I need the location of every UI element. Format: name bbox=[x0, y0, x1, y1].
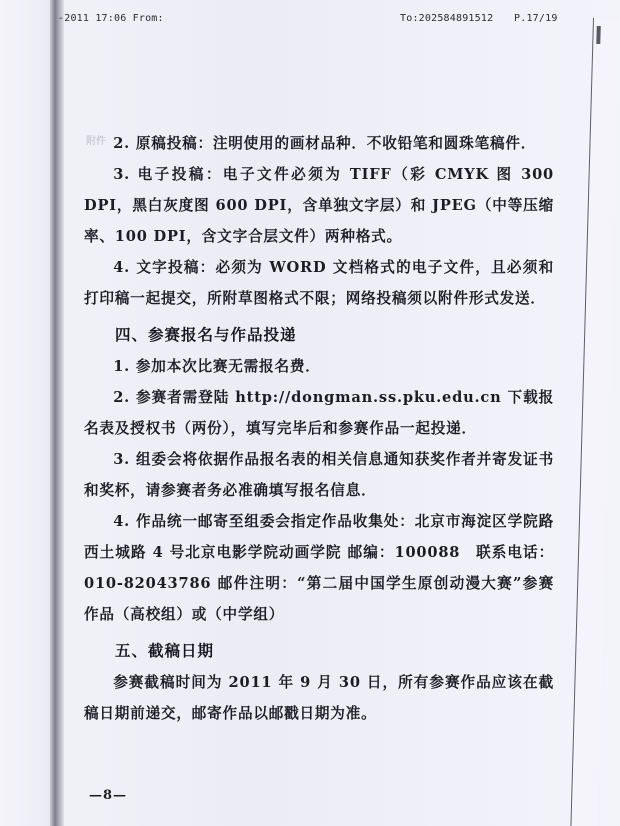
item-registration-fee: 1. 参加本次比赛无需报名费． bbox=[84, 351, 554, 382]
item-mailing-address: 4. 作品统一邮寄至组委会指定作品收集处：北京市海淀区学院路西土城路 4 号北京… bbox=[84, 506, 554, 630]
fax-header: -2011 17:06 From: To:202584891512 P.17/1… bbox=[58, 13, 594, 29]
deadline-text: 参赛截稿时间为 2011 年 9 月 30 日，所有参赛作品应该在截稿日期前递交… bbox=[84, 667, 554, 729]
fax-page-count: P.17/19 bbox=[514, 13, 558, 24]
binding-shadow bbox=[50, 0, 64, 826]
right-page-edge bbox=[570, 18, 620, 826]
section-title-deadline: 五、截稿日期 bbox=[84, 636, 554, 667]
item-electronic-submission: 3. 电子投稿：电子文件必须为 TIFF（彩 CMYK 图 300 DPI，黑白… bbox=[84, 159, 554, 252]
item-original-submission: 2. 原稿投稿：注明使用的画材品种．不收铅笔和圆珠笔稿件． bbox=[84, 128, 554, 159]
item-notification: 3. 组委会将依据作品报名表的相关信息通知获奖作者并寄发证书和奖杯，请参赛者务必… bbox=[84, 444, 554, 506]
fax-from: -2011 17:06 From: bbox=[58, 13, 164, 24]
section-title-registration: 四、参赛报名与作品投递 bbox=[84, 320, 554, 351]
fax-page: -2011 17:06 From: To:202584891512 P.17/1… bbox=[0, 0, 620, 826]
page-number: —8— bbox=[89, 788, 127, 803]
item-download-forms: 2. 参赛者需登陆 http://dongman.ss.pku.edu.cn 下… bbox=[84, 382, 554, 444]
fax-to: To:202584891512 bbox=[400, 13, 493, 24]
edge-mark bbox=[596, 26, 601, 44]
item-text-submission: 4. 文字投稿：必须为 WORD 文档格式的电子文件，且必须和打印稿一起提交，所… bbox=[84, 252, 554, 314]
left-margin bbox=[0, 0, 52, 826]
document-body: 2. 原稿投稿：注明使用的画材品种．不收铅笔和圆珠笔稿件． 3. 电子投稿：电子… bbox=[84, 128, 554, 729]
